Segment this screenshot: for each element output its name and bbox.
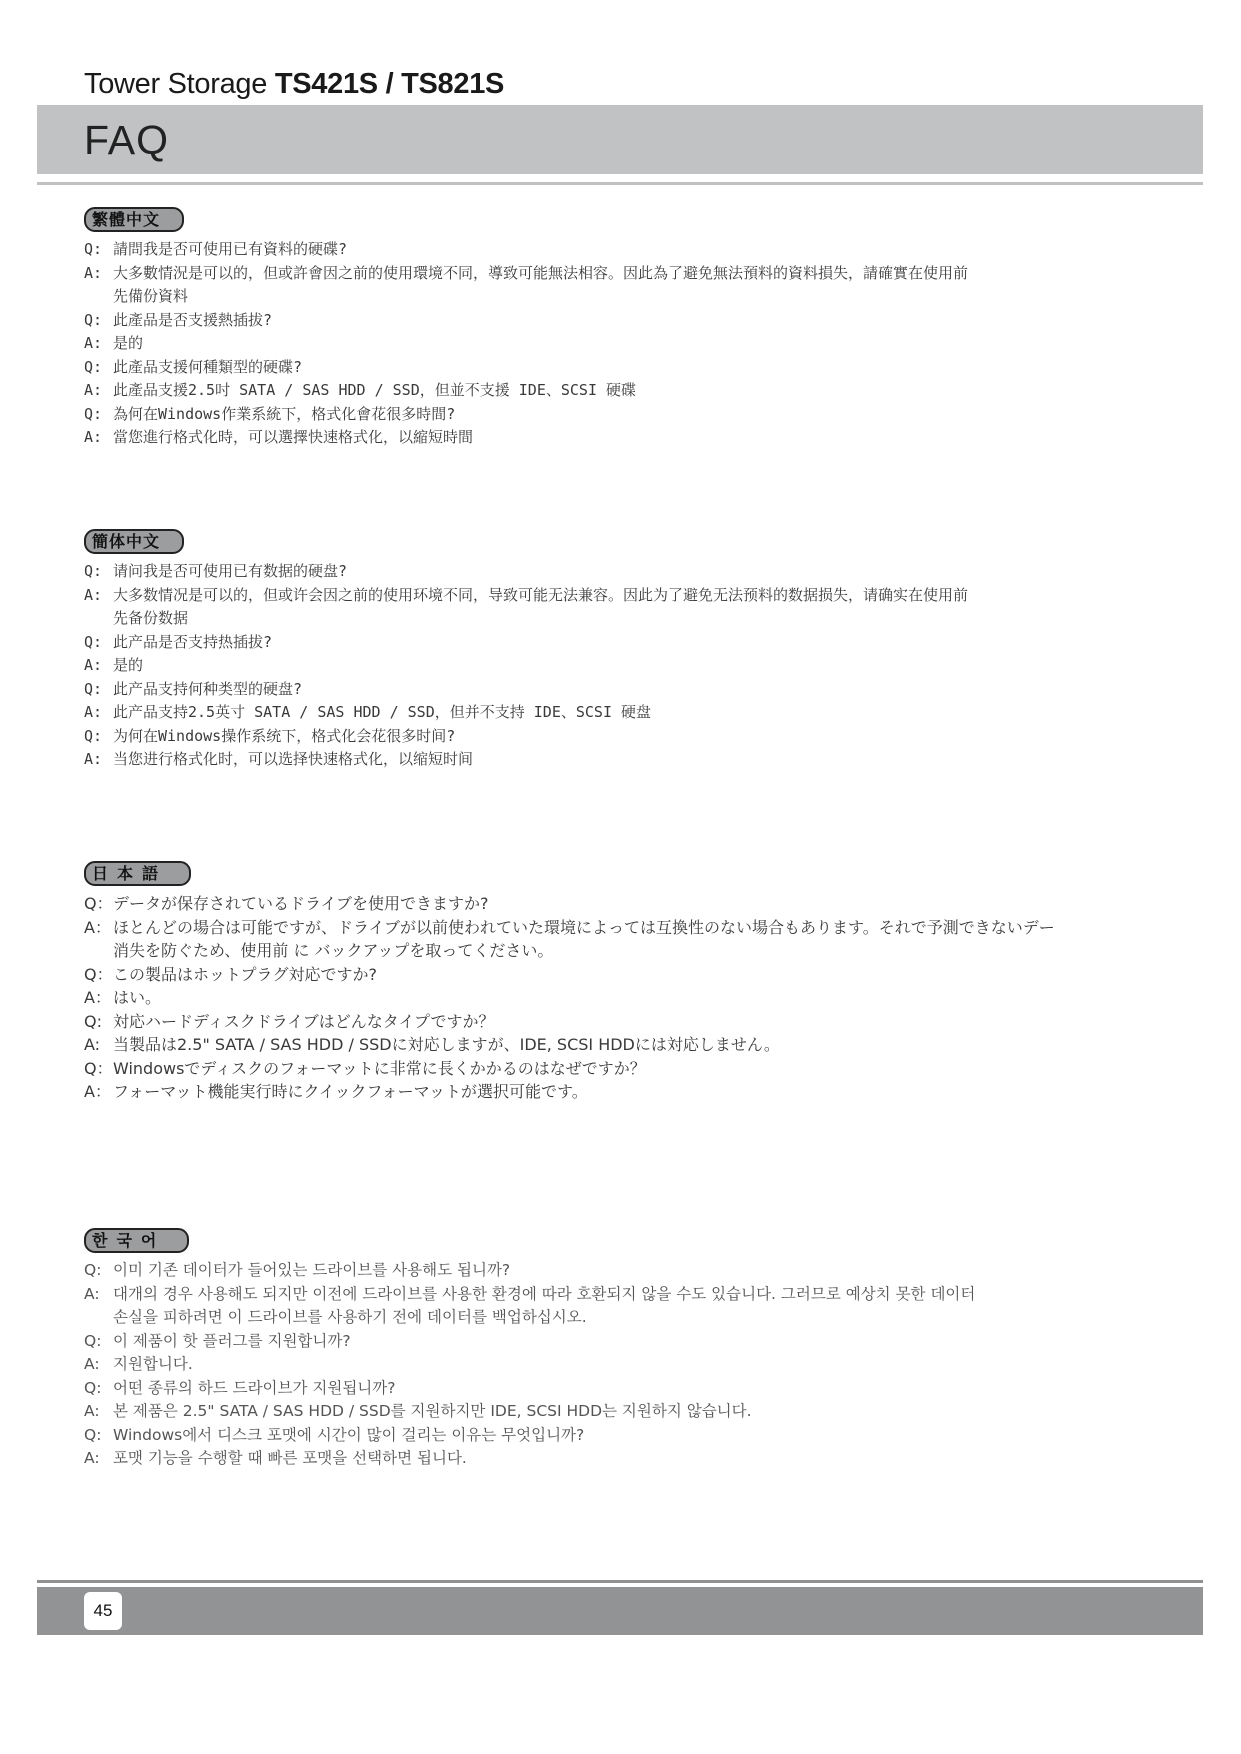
- document-header: Tower Storage TS421S / TS821S: [84, 68, 504, 101]
- page-title: FAQ: [84, 117, 169, 164]
- faq-section-simplified-chinese: 簡体中文 Q:请问我是否可使用已有数据的硬盘? A:大多数情况是可以的，但或许会…: [84, 529, 1234, 772]
- faq-answer: A:대개의 경우 사용해도 되지만 이전에 드라이브를 사용한 환경에 따라 호…: [84, 1283, 1234, 1307]
- faq-answer: A：はい。: [84, 986, 1234, 1010]
- faq-answer: A:大多數情況是可以的，但或許會因之前的使用環境不同，導致可能無法相容。因此為了…: [84, 262, 1234, 286]
- faq-answer: A:지원합니다.: [84, 1353, 1234, 1377]
- faq-answer: A:是的: [84, 654, 1234, 678]
- faq-answer-continuation: 先备份数据: [84, 607, 1234, 631]
- faq-answer: A:포맷 기능을 수행할 때 빠른 포맷을 선택하면 됩니다.: [84, 1447, 1234, 1471]
- faq-question: Q:此產品支援何種類型的硬碟?: [84, 356, 1234, 380]
- faq-question: Q:为何在Windows操作系统下，格式化会花很多时间?: [84, 725, 1234, 749]
- faq-question: Q:Windows에서 디스크 포맷에 시간이 많이 걸리는 이유는 무엇입니까…: [84, 1424, 1234, 1448]
- faq-question: Q:此产品支持何种类型的硬盘?: [84, 678, 1234, 702]
- faq-section-korean: 한국어 Q:이미 기존 데이터가 들어있는 드라이브를 사용해도 됩니까? A:…: [84, 1228, 1234, 1471]
- faq-section-japanese: 日本語 Q：データが保存されているドライブを使用できますか? A：ほとんどの場合…: [84, 861, 1234, 1104]
- footer-divider: [37, 1580, 1203, 1583]
- faq-question: Q:請問我是否可使用已有資料的硬碟?: [84, 238, 1234, 262]
- faq-answer-continuation: 消失を防ぐため、使用前 に バックアップを取ってください。: [84, 939, 1234, 963]
- language-badge: 한국어: [84, 1228, 189, 1253]
- faq-question: Q:為何在Windows作業系統下，格式化會花很多時間?: [84, 403, 1234, 427]
- faq-question: Q:此产品是否支持热插拔?: [84, 631, 1234, 655]
- footer-bar: 45: [37, 1587, 1203, 1635]
- faq-answer: A:当您进行格式化时，可以选择快速格式化，以缩短时间: [84, 748, 1234, 772]
- faq-answer: A:본 제품은 2.5" SATA / SAS HDD / SSD를 지원하지만…: [84, 1400, 1234, 1424]
- title-divider: [37, 182, 1203, 185]
- faq-answer: A:此产品支持2.5英寸 SATA / SAS HDD / SSD，但并不支持 …: [84, 701, 1234, 725]
- faq-question: Q：データが保存されているドライブを使用できますか?: [84, 892, 1234, 916]
- language-badge: 繁體中文: [84, 207, 184, 232]
- language-badge: 日本語: [84, 861, 191, 886]
- faq-answer: A:此產品支援2.5吋 SATA / SAS HDD / SSD，但並不支援 I…: [84, 379, 1234, 403]
- faq-answer: A:是的: [84, 332, 1234, 356]
- faq-question: Q:이미 기존 데이터가 들어있는 드라이브를 사용해도 됩니까?: [84, 1259, 1234, 1283]
- faq-answer-continuation: 先備份資料: [84, 285, 1234, 309]
- faq-answer: A：フォーマット機能実行時にクイックフォーマットが選択可能です。: [84, 1080, 1234, 1104]
- faq-question: Q：この製品はホットプラグ対応ですか?: [84, 963, 1234, 987]
- faq-answer: A:當您進行格式化時，可以選擇快速格式化，以縮短時間: [84, 426, 1234, 450]
- faq-question: Q:어떤 종류의 하드 드라이브가 지원됩니까?: [84, 1377, 1234, 1401]
- product-models: TS421S / TS821S: [275, 68, 504, 100]
- language-badge: 簡体中文: [84, 529, 184, 554]
- faq-question: Q:対応ハードディスクドライブはどんなタイプですか？: [84, 1010, 1234, 1034]
- faq-answer: A:大多数情况是可以的，但或许会因之前的使用环境不同，导致可能无法兼容。因此为了…: [84, 584, 1234, 608]
- faq-question: Q:이 제품이 핫 플러그를 지원합니까?: [84, 1330, 1234, 1354]
- faq-section-traditional-chinese: 繁體中文 Q:請問我是否可使用已有資料的硬碟? A:大多數情況是可以的，但或許會…: [84, 207, 1234, 450]
- faq-answer-continuation: 손실을 피하려면 이 드라이브를 사용하기 전에 데이터를 백업하십시오.: [84, 1306, 1234, 1330]
- faq-question: Q：Windowsでディスクのフォーマットに非常に長くかかるのはなぜですか？: [84, 1057, 1234, 1081]
- faq-question: Q:此產品是否支援熱插拔?: [84, 309, 1234, 333]
- faq-answer: A：ほとんどの場合は可能ですが、ドライブが以前使われていた環境によっては互換性の…: [84, 916, 1234, 940]
- page-number: 45: [84, 1592, 122, 1630]
- title-bar: FAQ: [37, 105, 1203, 174]
- product-prefix: Tower Storage: [84, 68, 275, 100]
- faq-answer: A:当製品は2.5" SATA / SAS HDD / SSDに対応しますが、I…: [84, 1033, 1234, 1057]
- faq-question: Q:请问我是否可使用已有数据的硬盘?: [84, 560, 1234, 584]
